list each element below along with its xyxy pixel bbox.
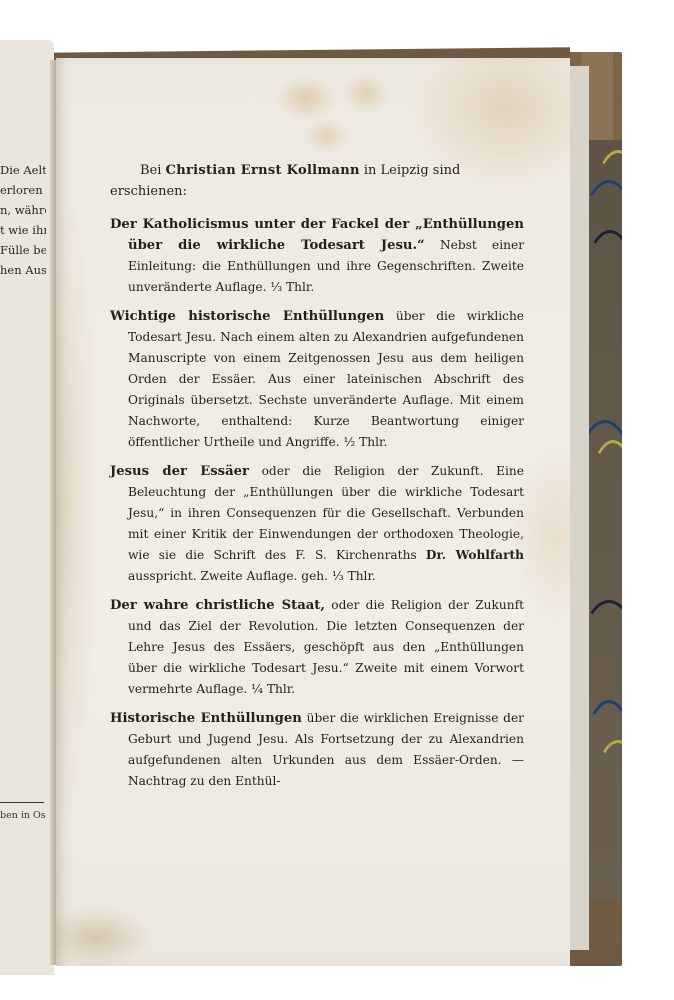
book-entry: Historische Enthüllungen über die wirkli…	[110, 708, 524, 792]
author-name: Dr. Wohlfarth	[426, 548, 524, 562]
book-description: über die wirkliche Todesart Jesu. Nach e…	[128, 309, 524, 449]
left-line: n, während	[0, 200, 46, 220]
book-entry: Wichtige historische Enthüllungen über d…	[110, 306, 524, 453]
book-title: Der wahre christliche Staat,	[110, 598, 325, 613]
book-entry: Jesus der Essäer oder die Religion der Z…	[110, 461, 524, 587]
marbled-endpaper	[586, 140, 622, 900]
publisher-name: Christian Ernst Kollmann	[166, 163, 360, 178]
left-page-footnote: ben in Oschatz.	[0, 810, 46, 821]
intro-prefix: Bei	[140, 163, 161, 178]
book-title: Wichtige historische Enthüllungen	[110, 309, 384, 324]
footnote-rule	[0, 802, 44, 803]
advertisement-text: Bei Christian Ernst Kollmann in Leipzig …	[110, 160, 524, 800]
intro-suffix: in Leipzig sind	[364, 163, 460, 178]
left-line: erloren und	[0, 180, 46, 200]
left-line: t wie ihren	[0, 220, 46, 240]
left-line: Die Aeltern	[0, 160, 46, 180]
book-entry: Der Katholicismus unter der Fackel der „…	[110, 214, 524, 298]
publisher-intro: Bei Christian Ernst Kollmann in Leipzig …	[110, 160, 524, 202]
book-title: Jesus der Essäer	[110, 464, 249, 479]
left-line: Fülle befin-	[0, 240, 46, 260]
intro-line2: erschienen:	[110, 181, 524, 202]
left-line: hen Ausbruch	[0, 260, 46, 280]
book-description-end: ausspricht. Zweite Auflage. geh. ⅓ Thlr.	[128, 569, 376, 583]
left-page-text: Die Aeltern erloren und n, während t wie…	[0, 160, 46, 280]
book-entry: Der wahre christliche Staat, oder die Re…	[110, 595, 524, 700]
book-title: Historische Enthüllungen	[110, 711, 302, 726]
